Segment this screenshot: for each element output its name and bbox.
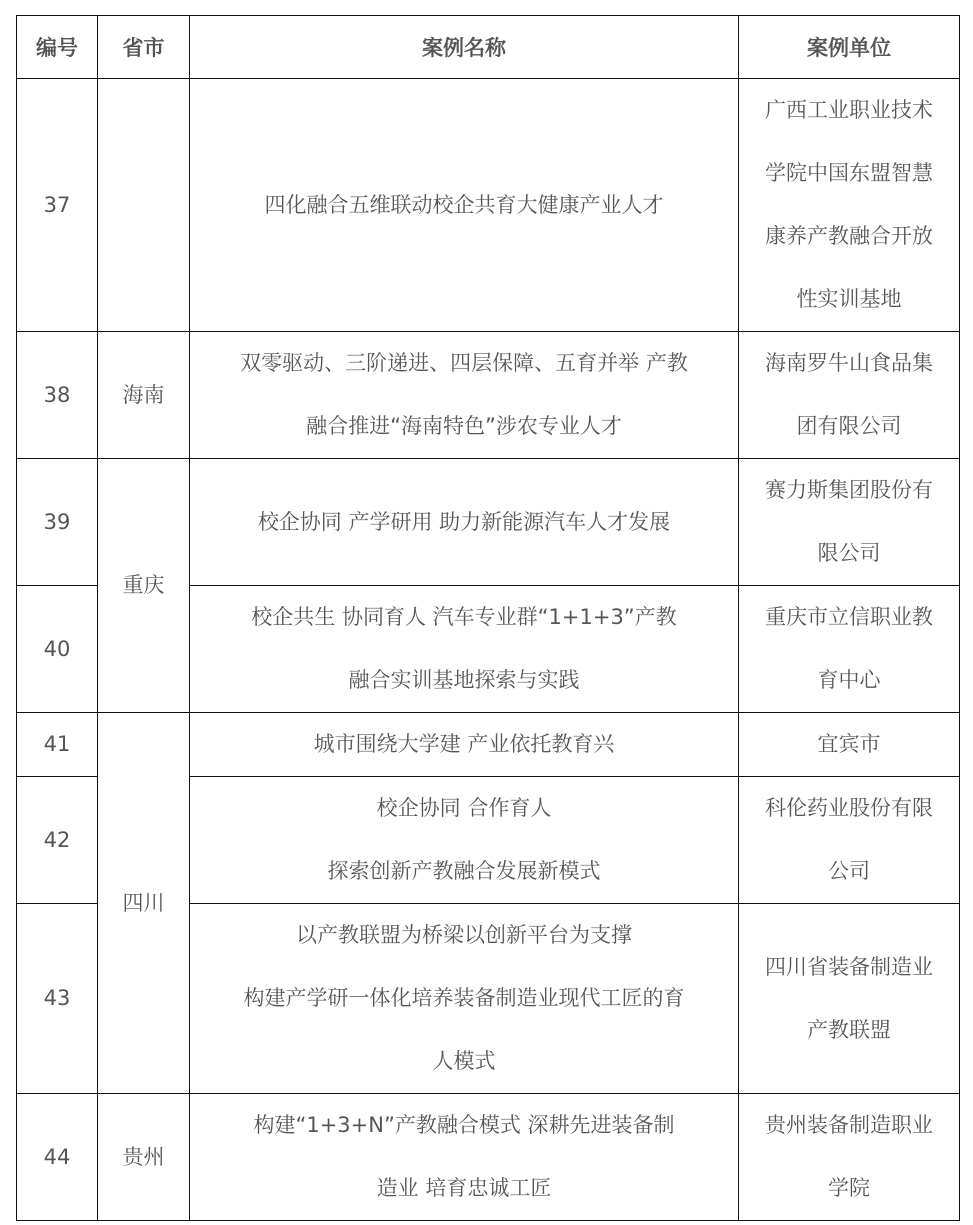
cell-number: 40 [17, 586, 98, 713]
case-unit-line: 公司 [745, 840, 953, 903]
case-name-line: 校企协同 合作育人 [196, 777, 732, 840]
case-name-line: 融合推进“海南特色”涉农专业人才 [196, 395, 732, 458]
cell-number: 37 [17, 79, 98, 332]
cell-case-unit: 宜宾市 [739, 713, 960, 777]
case-name-line: 四化融合五维联动校企共育大健康产业人才 [196, 174, 732, 237]
cell-case-name: 校企共生 协同育人 汽车专业群“1+1+3”产教 融合实训基地探索与实践 [190, 586, 739, 713]
cell-case-unit: 赛力斯集团股份有 限公司 [739, 459, 960, 586]
case-name-line: 融合实训基地探索与实践 [196, 649, 732, 712]
case-name-line: 人模式 [196, 1030, 732, 1093]
case-name-line: 以产教联盟为桥梁以创新平台为支撑 [196, 904, 732, 967]
cell-case-name: 双零驱动、三阶递进、四层保障、五育并举 产教 融合推进“海南特色”涉农专业人才 [190, 332, 739, 459]
cell-number: 44 [17, 1094, 98, 1221]
case-name-line: 构建产学研一体化培养装备制造业现代工匠的育 [196, 967, 732, 1030]
table-row: 38 海南 双零驱动、三阶递进、四层保障、五育并举 产教 融合推进“海南特色”涉… [17, 332, 960, 459]
cell-number: 38 [17, 332, 98, 459]
case-unit-line: 性实训基地 [745, 268, 953, 331]
table-row: 39 重庆 校企协同 产学研用 助力新能源汽车人才发展 赛力斯集团股份有 限公司 [17, 459, 960, 586]
table-row: 41 四川 城市围绕大学建 产业依托教育兴 宜宾市 [17, 713, 960, 777]
header-number: 编号 [17, 16, 98, 79]
case-unit-line: 广西工业职业技术 [745, 79, 953, 142]
case-unit-line: 海南罗牛山食品集 [745, 332, 953, 395]
cell-case-name: 以产教联盟为桥梁以创新平台为支撑 构建产学研一体化培养装备制造业现代工匠的育 人… [190, 904, 739, 1094]
case-unit-line: 育中心 [745, 649, 953, 712]
header-province: 省市 [98, 16, 190, 79]
case-name-line: 探索创新产教融合发展新模式 [196, 840, 732, 903]
case-unit-line: 赛力斯集团股份有 [745, 459, 953, 522]
case-name-line: 造业 培育忠诚工匠 [196, 1157, 732, 1220]
case-unit-line: 产教联盟 [745, 999, 953, 1062]
case-unit-line: 贵州装备制造职业 [745, 1094, 953, 1157]
header-case-name: 案例名称 [190, 16, 739, 79]
cell-number: 41 [17, 713, 98, 777]
case-unit-line: 康养产教融合开放 [745, 205, 953, 268]
cell-case-unit: 重庆市立信职业教 育中心 [739, 586, 960, 713]
cell-number: 39 [17, 459, 98, 586]
case-unit-line: 团有限公司 [745, 395, 953, 458]
cell-case-name: 城市围绕大学建 产业依托教育兴 [190, 713, 739, 777]
case-unit-line: 限公司 [745, 522, 953, 585]
table-row: 44 贵州 构建“1+3+N”产教融合模式 深耕先进装备制 造业 培育忠诚工匠 … [17, 1094, 960, 1221]
table-row: 37 四化融合五维联动校企共育大健康产业人才 广西工业职业技术 学院中国东盟智慧… [17, 79, 960, 332]
case-name-line: 构建“1+3+N”产教融合模式 深耕先进装备制 [196, 1094, 732, 1157]
case-unit-line: 科伦药业股份有限 [745, 777, 953, 840]
case-unit-line: 重庆市立信职业教 [745, 586, 953, 649]
cell-number: 43 [17, 904, 98, 1094]
case-name-line: 双零驱动、三阶递进、四层保障、五育并举 产教 [196, 332, 732, 395]
case-name-line: 校企协同 产学研用 助力新能源汽车人才发展 [196, 491, 732, 554]
cell-case-name: 构建“1+3+N”产教融合模式 深耕先进装备制 造业 培育忠诚工匠 [190, 1094, 739, 1221]
cell-province-merged: 四川 [98, 713, 190, 1094]
cell-province: 贵州 [98, 1094, 190, 1221]
cell-case-name: 校企协同 产学研用 助力新能源汽车人才发展 [190, 459, 739, 586]
cell-case-unit: 广西工业职业技术 学院中国东盟智慧 康养产教融合开放 性实训基地 [739, 79, 960, 332]
header-row: 编号 省市 案例名称 案例单位 [17, 16, 960, 79]
cell-case-name: 校企协同 合作育人 探索创新产教融合发展新模式 [190, 777, 739, 904]
cell-case-name: 四化融合五维联动校企共育大健康产业人才 [190, 79, 739, 332]
case-name-line: 城市围绕大学建 产业依托教育兴 [196, 713, 732, 776]
case-unit-line: 学院中国东盟智慧 [745, 142, 953, 205]
case-unit-line: 学院 [745, 1157, 953, 1220]
cell-case-unit: 科伦药业股份有限 公司 [739, 777, 960, 904]
cell-province [98, 79, 190, 332]
case-name-line: 校企共生 协同育人 汽车专业群“1+1+3”产教 [196, 586, 732, 649]
case-unit-line: 宜宾市 [745, 713, 953, 776]
cell-number: 42 [17, 777, 98, 904]
header-case-unit: 案例单位 [739, 16, 960, 79]
case-table: 编号 省市 案例名称 案例单位 37 四化融合五维联动校企共育大健康产业人才 广… [16, 15, 960, 1221]
cell-province: 海南 [98, 332, 190, 459]
cell-province-merged: 重庆 [98, 459, 190, 713]
cell-case-unit: 贵州装备制造职业 学院 [739, 1094, 960, 1221]
case-unit-line: 四川省装备制造业 [745, 936, 953, 999]
cell-case-unit: 海南罗牛山食品集 团有限公司 [739, 332, 960, 459]
cell-case-unit: 四川省装备制造业 产教联盟 [739, 904, 960, 1094]
